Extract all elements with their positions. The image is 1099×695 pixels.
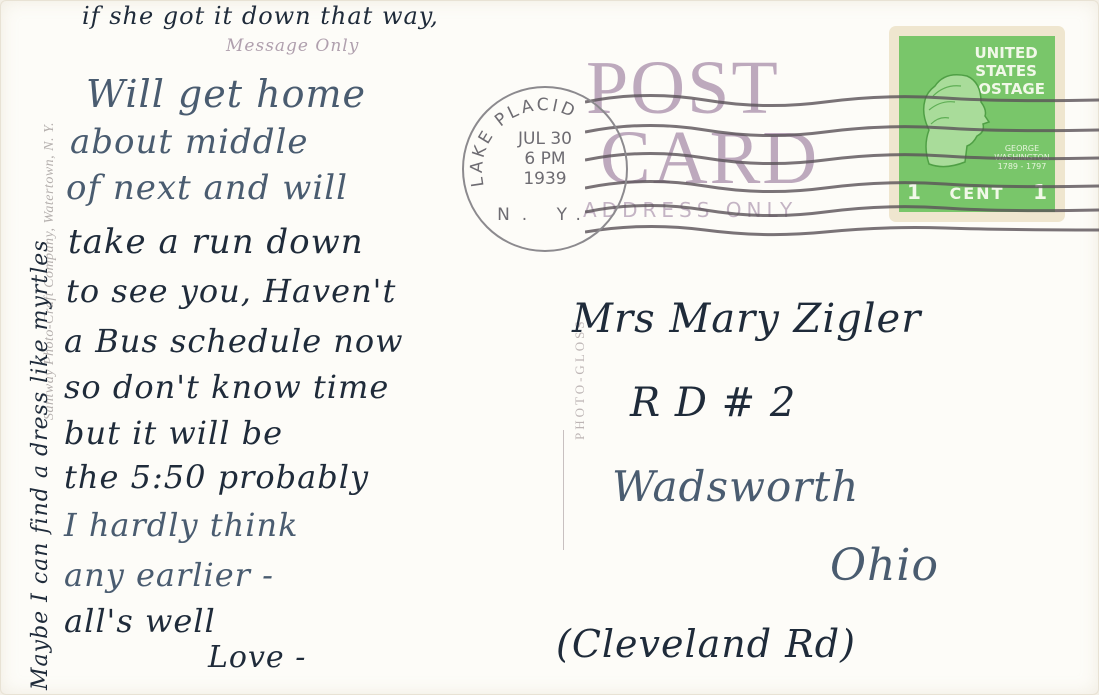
message-line: any earlier - (64, 556, 274, 594)
message-line: I hardly think (64, 506, 298, 544)
recipient-state: Ohio (830, 540, 939, 591)
postmark: LAKE PLACID JUL 30 6 PM 1939 N. Y. (462, 86, 628, 252)
cancellation-lines-icon (585, 60, 1099, 250)
recipient-city: Wadsworth (612, 462, 859, 511)
message-line: of next and will (66, 168, 348, 208)
message-line: but it will be (64, 414, 283, 452)
message-line: so don't know time (64, 368, 389, 406)
message-signoff: Love - (208, 640, 306, 675)
message-line: to see you, Haven't (66, 272, 396, 310)
postcard-back: Message Only Santway Photo-Craft Company… (0, 0, 1099, 695)
center-divider-line (563, 430, 564, 550)
recipient-note: (Cleveland Rd) (556, 622, 856, 666)
message-line: take a run down (68, 222, 364, 262)
postmark-state: N. Y. (464, 206, 626, 225)
recipient-route: R D # 2 (630, 380, 796, 426)
message-margin-line: Maybe I can find a dress like myrtles (28, 239, 53, 690)
message-line: about middle (70, 122, 309, 162)
message-line: Will get home (86, 72, 366, 116)
postmark-date: JUL 30 (464, 130, 626, 149)
recipient-name: Mrs Mary Zigler (572, 296, 921, 342)
postmark-time: 6 PM (464, 150, 626, 169)
message-line: all's well (64, 602, 216, 640)
message-top-line: if she got it down that way, (82, 2, 439, 30)
postmark-year: 1939 (464, 170, 626, 189)
message-line: a Bus schedule now (64, 322, 404, 360)
message-only-label: Message Only (226, 36, 359, 56)
message-line: the 5:50 probably (64, 458, 369, 496)
